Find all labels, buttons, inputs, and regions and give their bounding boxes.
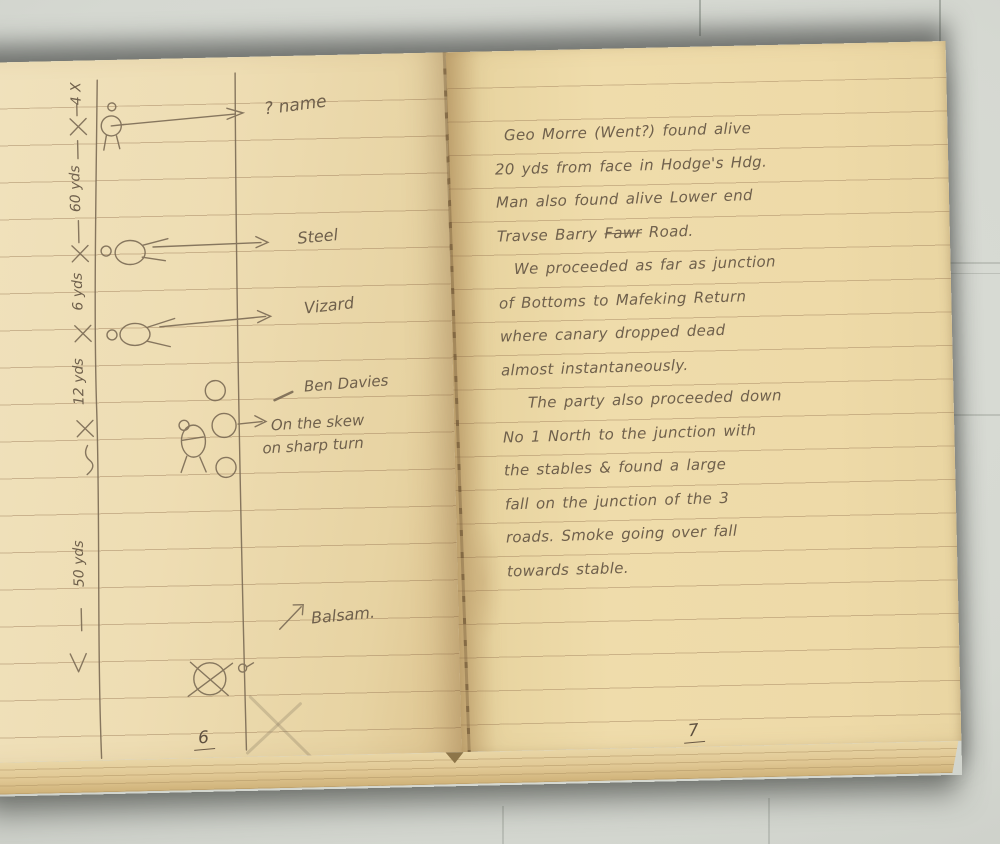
- tile-seam: [699, 0, 701, 36]
- roadway-line-right: [231, 73, 251, 750]
- tile-seam: [502, 806, 504, 844]
- handwritten-notes: Geo Morre (Went?) found alive 20 yds fro…: [494, 114, 920, 595]
- left-page: 4 X 60 yds 6 yds 12 yds 50 yds ? name St…: [0, 52, 462, 763]
- tile-seam: [768, 798, 770, 844]
- distance-label-12yds: 12 yds: [71, 358, 88, 405]
- stick-figure-5: [179, 420, 206, 473]
- label-position-line1: On the skew: [270, 411, 365, 434]
- arrow-to-name: [123, 114, 235, 125]
- x-mark: [72, 245, 88, 261]
- body-circle-5a: [212, 413, 237, 438]
- distance-label-60yds: 60 yds: [67, 165, 84, 212]
- arrow-to-steel: [153, 243, 261, 247]
- roadway-line-left: [86, 80, 113, 758]
- x-mark: [75, 325, 91, 341]
- label-steel: Steel: [297, 225, 340, 248]
- arrow-to-position: [238, 422, 262, 425]
- right-page: Geo Morre (Went?) found alive 20 yds fro…: [446, 41, 962, 752]
- pencil-smudge: [246, 696, 311, 759]
- dash-to-ben-davies: [274, 392, 292, 400]
- crossed-out-word: Fawr: [604, 223, 642, 242]
- distance-label-50yds: 50 yds: [71, 540, 88, 587]
- body-circle-5b: [216, 457, 236, 477]
- label-unknown-name: ? name: [263, 92, 328, 120]
- arrow-to-vizard: [160, 316, 266, 326]
- label-vizard: Vizard: [303, 293, 356, 318]
- label-position-line2: on sharp turn: [262, 434, 364, 458]
- x-mark: [77, 420, 93, 436]
- note-text: Road.: [642, 221, 694, 241]
- page-number-left: 6: [192, 727, 215, 751]
- photo-background-wall: 4 X 60 yds 6 yds 12 yds 50 yds ? name St…: [0, 0, 1000, 844]
- distance-label-6yds: 6 yds: [70, 273, 87, 311]
- stick-figure-1: [101, 103, 124, 150]
- arrow-to-balsam: [279, 607, 301, 629]
- stick-figure-2: [101, 239, 169, 266]
- page-stain: [462, 521, 505, 642]
- survey-chain-squiggle: [85, 445, 93, 474]
- note-text: Travse Barry: [497, 224, 605, 245]
- page-number-right: 7: [682, 720, 705, 744]
- notebook-pages: 4 X 60 yds 6 yds 12 yds 50 yds ? name St…: [0, 41, 961, 763]
- spine-notch: [446, 752, 464, 763]
- label-balsam: Balsam.: [310, 603, 376, 628]
- stick-figure-3: [107, 319, 176, 349]
- label-ben-davies: Ben Davies: [303, 371, 389, 395]
- notebook: 4 X 60 yds 6 yds 12 yds 50 yds ? name St…: [0, 41, 962, 797]
- arrow-down-head: [70, 654, 86, 672]
- mine-roadway-sketch: 4 X 60 yds 6 yds 12 yds 50 yds ? name St…: [0, 52, 462, 763]
- x-mark: [70, 118, 86, 134]
- distance-label-4x: 4 X: [68, 82, 85, 106]
- body-circle-4: [205, 380, 225, 400]
